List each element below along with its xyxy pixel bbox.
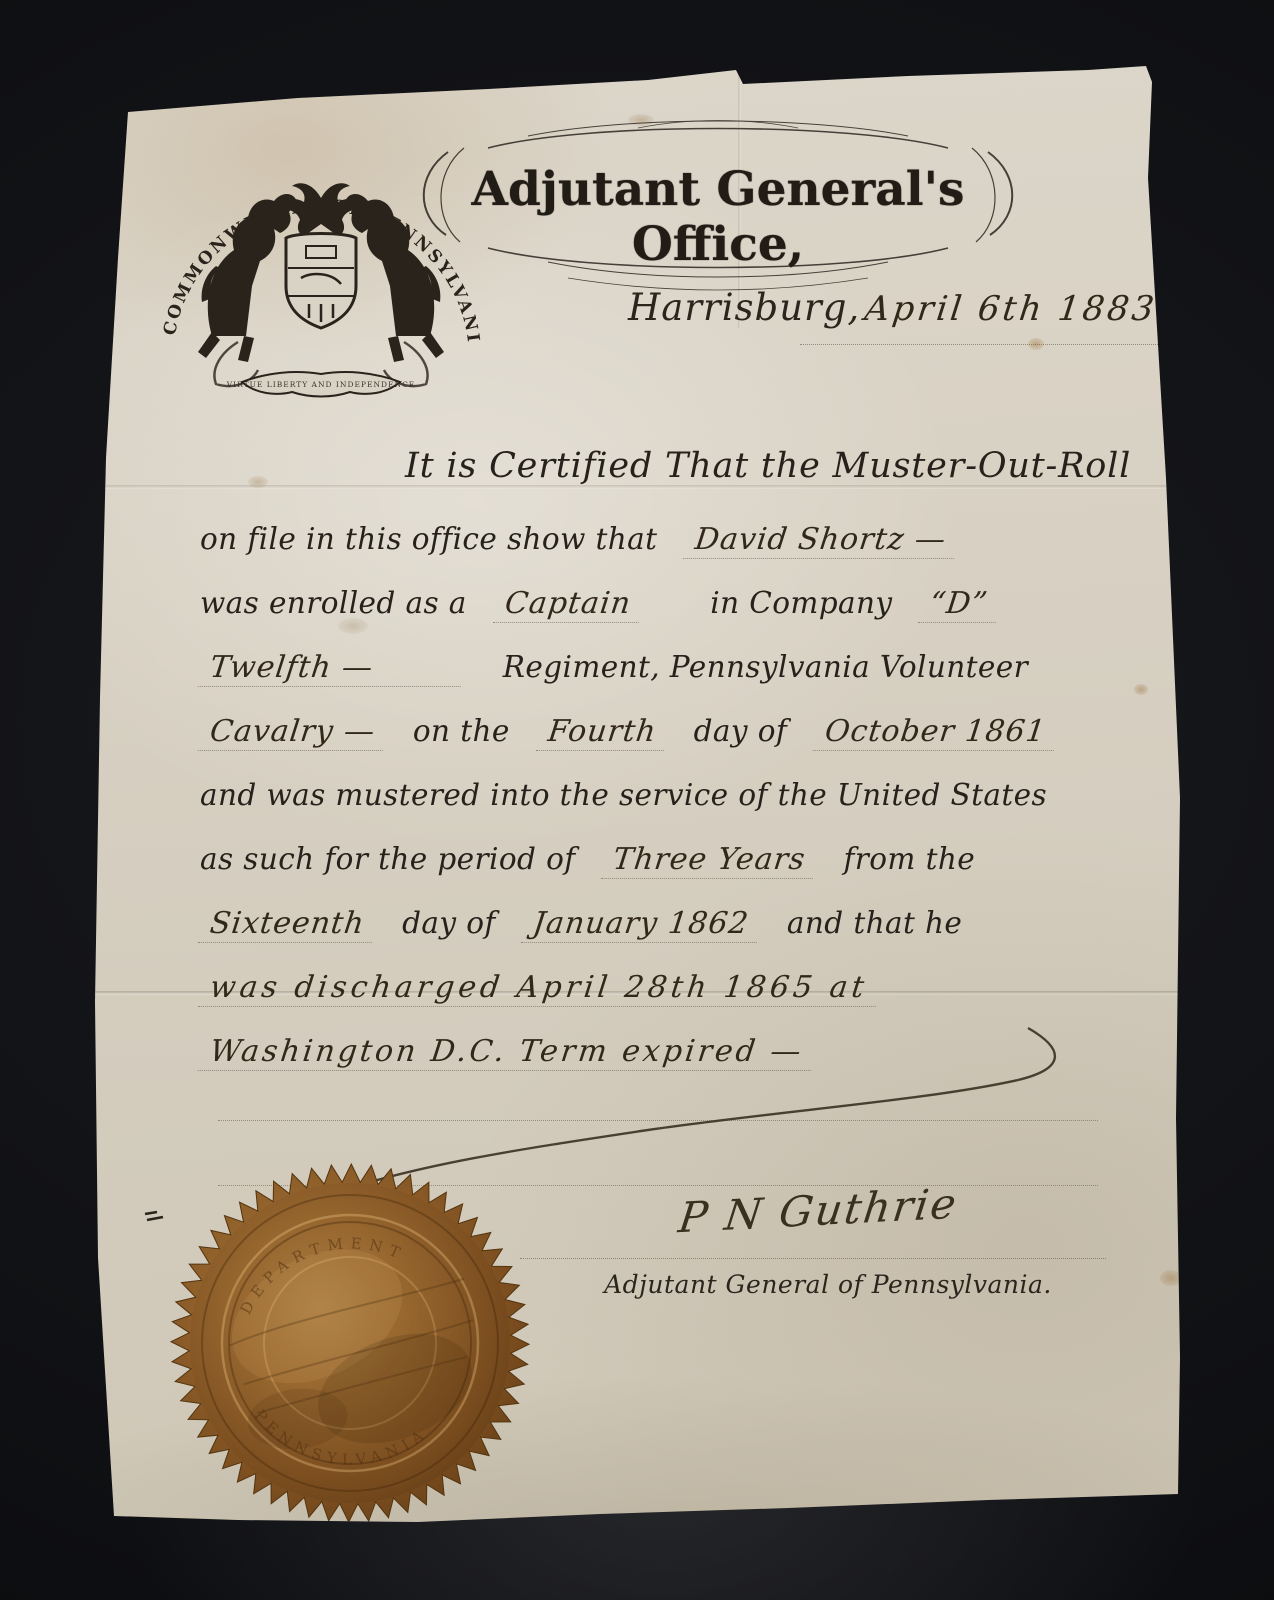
printed-text: and that he bbox=[787, 906, 962, 940]
foxing-spot bbox=[1160, 1270, 1182, 1286]
handwritten-text: October 1861 bbox=[813, 714, 1058, 751]
body-line: Cavalry — on the Fourth day of October 1… bbox=[200, 714, 1105, 778]
document-photo: COMMONWEALTH OF PENNSYLVANIA. bbox=[0, 0, 1274, 1600]
body-line: Twelfth — Regiment, Pennsylvania Volunte… bbox=[200, 650, 1105, 714]
office-title: Adjutant General's Office, bbox=[418, 162, 1018, 272]
signature-caption: Adjutant General of Pennsylvania. bbox=[558, 1270, 1098, 1299]
handwritten-text: was discharged April 28th 1865 at bbox=[198, 970, 880, 1007]
date-rule bbox=[800, 344, 1162, 345]
place-date-line: Harrisburg, April 6th 1883 bbox=[628, 286, 1168, 329]
body-line: on file in this office show that David S… bbox=[200, 522, 1105, 586]
handwritten-date: April 6th 1883 bbox=[863, 289, 1160, 329]
handwritten-text: Washington D.C. Term expired — bbox=[198, 1034, 816, 1071]
printed-text: in Company bbox=[710, 586, 892, 620]
eagle-icon bbox=[280, 183, 362, 236]
body-line: as such for the period of Three Years fr… bbox=[200, 842, 1105, 906]
body-line: Washington D.C. Term expired — bbox=[200, 1034, 1105, 1098]
certificate-body: It is Certified That the Muster-Out-Roll… bbox=[200, 446, 1105, 1098]
place-label: Harrisburg, bbox=[628, 286, 860, 329]
printed-text: day of bbox=[402, 906, 496, 940]
printed-text: from the bbox=[843, 842, 975, 876]
ink-mark bbox=[143, 1210, 169, 1224]
signature-rule bbox=[520, 1258, 1106, 1259]
printed-text: day of bbox=[694, 714, 788, 748]
signature-name: P N Guthrie bbox=[676, 1179, 961, 1242]
gold-seal: DEPARTMENT PENNSYLVANIA bbox=[152, 1145, 548, 1541]
printed-text: on the bbox=[413, 714, 510, 748]
body-line: and was mustered into the service of the… bbox=[200, 778, 1105, 842]
printed-text: was enrolled as a bbox=[200, 586, 467, 620]
handwritten-text: Cavalry — bbox=[198, 714, 388, 751]
motto-text: VIRTUE LIBERTY AND INDEPENDENCE bbox=[226, 380, 416, 389]
blank-rule bbox=[218, 1120, 1098, 1121]
signature-block: P N Guthrie bbox=[518, 1186, 1118, 1235]
body-line: It is Certified That the Muster-Out-Roll bbox=[200, 446, 1105, 522]
foxing-spot bbox=[1134, 684, 1148, 695]
printed-text: on file in this office show that bbox=[200, 522, 657, 556]
printed-text: and was mustered into the service of the… bbox=[200, 778, 1047, 812]
printed-text: Regiment, Pennsylvania Volunteer bbox=[503, 650, 1028, 684]
handwritten-text: Fourth bbox=[535, 714, 668, 751]
handwritten-text: Sixteenth bbox=[198, 906, 377, 943]
body-line: Sixteenth day of January 1862 and that h… bbox=[200, 906, 1105, 970]
body-line: was enrolled as a Captain in Company “D” bbox=[200, 586, 1105, 650]
handwritten-text: Twelfth — bbox=[198, 650, 466, 687]
handwritten-text: David Shortz — bbox=[683, 522, 958, 559]
foxing-spot bbox=[628, 114, 654, 126]
shield bbox=[286, 234, 356, 329]
horse-left bbox=[198, 194, 297, 362]
body-line: was discharged April 28th 1865 at bbox=[200, 970, 1105, 1034]
handwritten-text: Captain bbox=[492, 586, 642, 623]
printed-text: It is Certified That the Muster-Out-Roll bbox=[405, 446, 1131, 486]
handwritten-text: Three Years bbox=[601, 842, 818, 879]
certificate-paper: COMMONWEALTH OF PENNSYLVANIA. bbox=[88, 58, 1192, 1536]
handwritten-text: “D” bbox=[918, 586, 1000, 623]
handwritten-text: January 1862 bbox=[521, 906, 761, 943]
printed-text: as such for the period of bbox=[200, 842, 576, 876]
